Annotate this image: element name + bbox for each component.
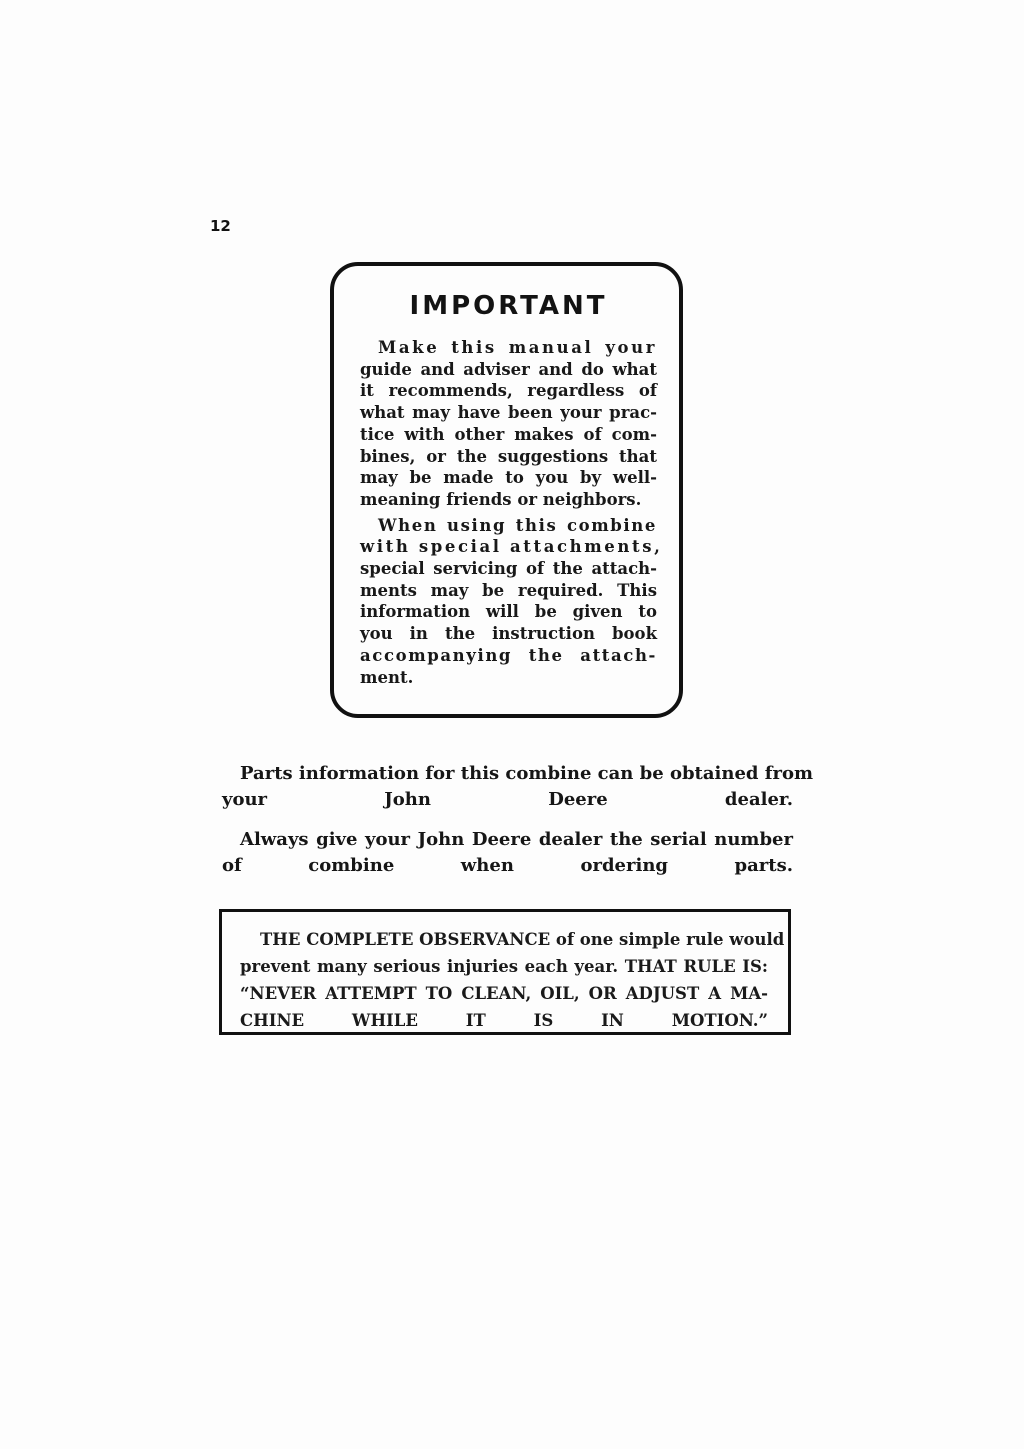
safety-notice-box: THE COMPLETE OBSERVANCE of one simple ru… — [219, 909, 791, 1035]
important-text-line: it recommends, regardless of — [360, 380, 657, 402]
body-text-line: Parts information for this combine can b… — [222, 761, 793, 787]
page-number: 12 — [210, 217, 231, 235]
serial-number-paragraph: Always give your John Deere dealer the s… — [222, 827, 793, 879]
important-text-line: bines, or the suggestions that — [360, 446, 657, 468]
important-paragraph-1: Make this manual your guide and adviser … — [360, 337, 657, 511]
important-text-line: tice with other makes of com- — [360, 424, 657, 446]
body-text-block: Parts information for this combine can b… — [222, 761, 793, 879]
important-text-line: what may have been your prac- — [360, 402, 657, 424]
safety-text-line: THE COMPLETE OBSERVANCE of one simple ru… — [240, 926, 768, 953]
important-text-line: accompanying the attach- — [360, 645, 657, 667]
body-text-line: Always give your John Deere dealer the s… — [222, 827, 793, 853]
important-text-line: Make this manual your — [360, 337, 657, 359]
important-text-line: ment. — [360, 667, 657, 689]
important-text-line: meaning friends or neighbors. — [360, 489, 657, 511]
body-text-line: your John Deere dealer. — [222, 787, 793, 813]
parts-info-paragraph: Parts information for this combine can b… — [222, 761, 793, 813]
important-text-line: information will be given to — [360, 601, 657, 623]
important-text-line: special servicing of the attach- — [360, 558, 657, 580]
important-text-line: you in the instruction book — [360, 623, 657, 645]
important-title: IMPORTANT — [360, 293, 657, 320]
important-text-line: guide and adviser and do what — [360, 359, 657, 381]
manual-page: 12 IMPORTANT Make this manual your guide… — [0, 0, 1024, 1449]
important-text-line: When using this combine — [360, 515, 657, 537]
body-text-line: of combine when ordering parts. — [222, 853, 793, 879]
safety-text-line: CHINE WHILE IT IS IN MOTION.” — [240, 1007, 768, 1034]
safety-text-line: “NEVER ATTEMPT TO CLEAN, OIL, OR ADJUST … — [240, 980, 768, 1007]
important-paragraph-2: When using this combine with special att… — [360, 515, 657, 689]
important-text-line: with special attachments, — [360, 536, 657, 558]
important-text-line: ments may be required. This — [360, 580, 657, 602]
important-notice-box: IMPORTANT Make this manual your guide an… — [330, 262, 683, 718]
important-text-line: may be made to you by well- — [360, 467, 657, 489]
safety-text-line: prevent many serious injuries each year.… — [240, 953, 768, 980]
